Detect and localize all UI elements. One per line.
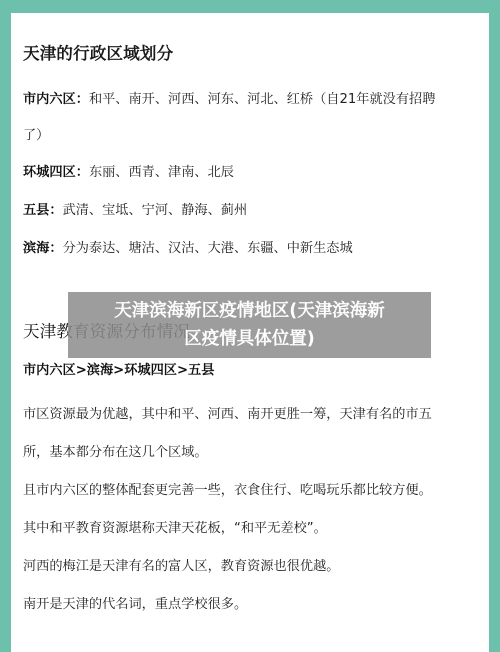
district-item-binhai: 滨海：分为泰达、塘沽、汉沽、大港、东疆、中新生态城: [23, 237, 353, 256]
overlay-line-1: 天津滨海新区疫情地区(天津滨海新: [68, 297, 431, 325]
paragraph: 且市内六区的整体配套更完善一些，衣食住行、吃喝玩乐都比较方便。: [23, 479, 432, 498]
paragraph: 所，基本都分布在这几个区域。: [23, 441, 208, 460]
paragraph: 市区资源最为优越，其中和平、河西、南开更胜一筹，天津有名的市五: [23, 403, 432, 422]
district-item-ring-four: 环城四区：东丽、西青、津南、北辰: [23, 161, 234, 180]
district-item-five-counties: 五县：武清、宝坻、宁河、静海、蓟州: [23, 199, 247, 218]
district-text: 武清、宝坻、宁河、静海、蓟州: [63, 203, 248, 218]
ranking-text: 市内六区>滨海>环城四区>五县: [23, 363, 214, 378]
district-item-inner-six: 市内六区：和平、南开、河西、河东、河北、红桥（自21年就没有招聘: [23, 88, 435, 107]
district-label: 五县：: [23, 203, 63, 218]
section-title-districts: 天津的行政区域划分: [23, 40, 173, 64]
district-label: 滨海：: [23, 241, 63, 256]
paragraph: 南开是天津的代名词，重点学校很多。: [23, 593, 247, 612]
district-text: 和平、南开、河西、河东、河北、红桥（自21年就没有招聘: [89, 92, 435, 107]
paragraph: 河西的梅江是天津有名的富人区，教育资源也很优越。: [23, 555, 340, 574]
district-label: 环城四区：: [23, 165, 89, 180]
district-label: 市内六区：: [23, 92, 89, 107]
district-item-continuation: 了）: [23, 124, 49, 143]
paragraph: 其中和平教育资源堪称天津天花板，“和平无差校”。: [23, 517, 327, 536]
ranking-line: 市内六区>滨海>环城四区>五县: [23, 359, 214, 378]
district-text: 分为泰达、塘沽、汉沽、大港、东疆、中新生态城: [63, 241, 353, 256]
district-text: 东丽、西青、津南、北辰: [89, 165, 234, 180]
title-overlay-banner: 天津滨海新区疫情地区(天津滨海新 区疫情具体位置): [68, 292, 431, 358]
overlay-line-2: 区疫情具体位置): [68, 325, 431, 353]
